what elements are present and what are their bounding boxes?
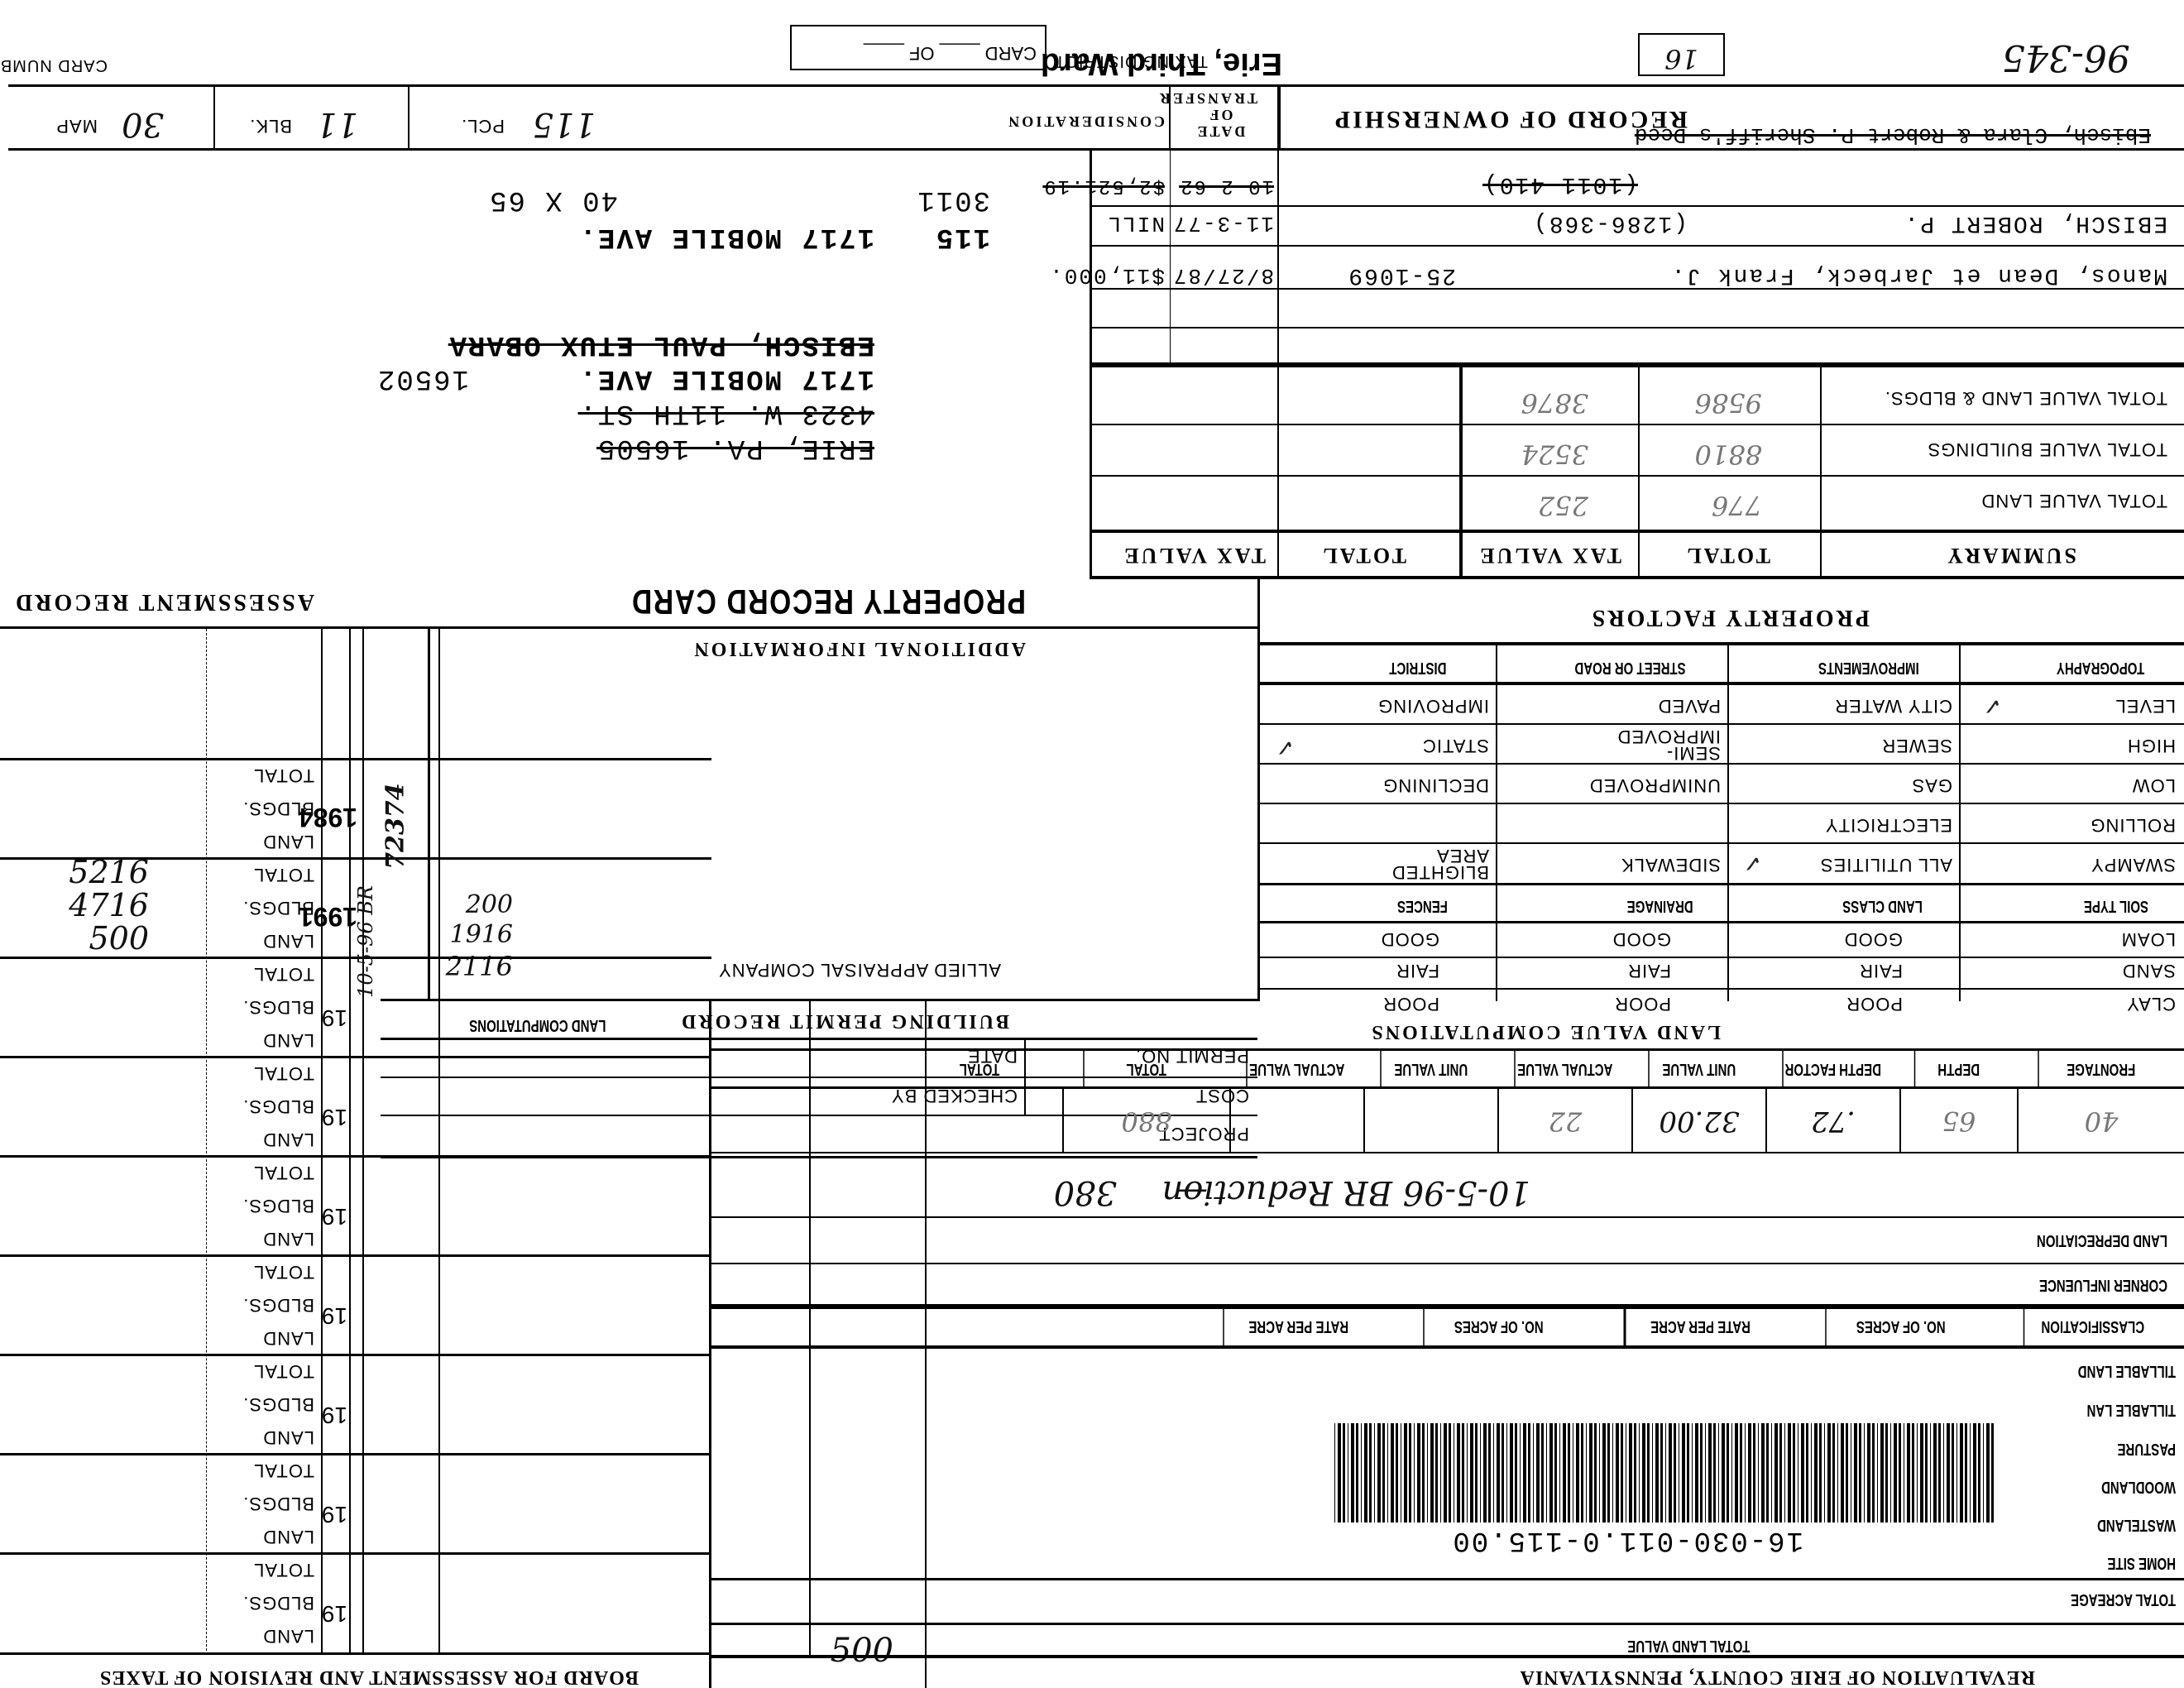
- assessment-1991-bldgs: 4716: [69, 887, 149, 923]
- map-field[interactable]: MAP 30: [8, 87, 215, 148]
- ownership-row-0: Ebisch, Clara & Robert P. Sheriff's Deed: [1274, 122, 2151, 147]
- additional-info-label: ADDITIONAL INFORMATION: [692, 637, 1026, 659]
- summary-row-total-tax: 3876: [1521, 387, 1588, 419]
- summary-row-land-total: 776: [1712, 490, 1762, 521]
- assessment-block-2[interactable]: 19 LAND BLDGS. TOTAL: [0, 1354, 711, 1453]
- ownership-row-3-date: 8/27/87: [1172, 263, 1274, 288]
- card-number-label: CARD NUMBER: [8, 56, 108, 74]
- assessment-blocks: 19 LAND BLDGS. TOTAL 19 LAND BLDGS. TOTA…: [0, 629, 711, 1652]
- ownership-row-2-consideration: NILL: [1107, 211, 1165, 236]
- parcel-id: 16-030-011.0-115.00: [1451, 1524, 1803, 1556]
- corner-influence-label: CORNER INFLUENCE: [2039, 1275, 2167, 1294]
- assessment-block-0[interactable]: 19 LAND BLDGS. TOTAL: [0, 1552, 711, 1652]
- assessment-record-label: ASSESSMENT RECORD: [13, 588, 314, 615]
- property-code: 3011: [916, 184, 990, 215]
- summary-row-bldgs-total: 8810: [1695, 439, 1762, 470]
- district-code-box: 16: [1638, 33, 1725, 76]
- ownership-row-3-name: Manos, Dean et Jarbeck, Frank J.: [1669, 262, 2167, 288]
- property-factors: PROPERTY FACTORS TOPOGRAPHY IMPROVEMENTS…: [1257, 579, 2184, 1001]
- assessment-stamp-number: 72374: [381, 783, 409, 869]
- assessment-block-1991[interactable]: 1991 LAND BLDGS. TOTAL 500 4716 5216 10-…: [0, 857, 711, 957]
- summary-row-total-total: 9586: [1695, 387, 1762, 419]
- owner-name-struck: EBISCH, PAUL ETUX OBARA: [448, 328, 874, 360]
- summary-table: SUMMARY TOTAL TAX VALUE TOTAL TAX VALUE …: [1092, 362, 2184, 579]
- board-title: BOARD FOR ASSESSMENT AND REVISION OF TAX…: [0, 1666, 711, 1688]
- total-land-value: 500: [831, 1632, 893, 1670]
- assessment-block-5[interactable]: 19 LAND BLDGS. TOTAL: [0, 1056, 711, 1155]
- ownership-row-1-date: 10-2-62: [1179, 175, 1274, 197]
- assessment-block-1[interactable]: 19 LAND BLDGS. TOTAL: [0, 1453, 711, 1552]
- assessment-block-4[interactable]: 19 LAND BLDGS. TOTAL: [0, 1155, 711, 1254]
- assessment-side-note: 10-5-96 BR: [354, 885, 377, 998]
- card-title: PROPERTY RECORD CARD: [630, 582, 1026, 621]
- assessment-1991-total: 5216: [69, 854, 149, 890]
- summary-row-land-tax: 252: [1538, 490, 1588, 521]
- mailing-address: 1717 MOBILE AVE.: [578, 362, 874, 394]
- classification-headers: CLASSIFICATION NO. OF ACRES RATE PER ACR…: [711, 1306, 2184, 1349]
- stamp-number: 96-345: [2002, 36, 2184, 79]
- land-value-section: LAND VALUE COMPUTATIONS FRONTAGE DEPTH D…: [711, 1001, 2184, 1688]
- property-record-card: CARD NUMBER CARD ____ OF ____ TAXING DIS…: [0, 0, 2184, 1688]
- check-level[interactable]: ✓: [1983, 693, 2002, 720]
- ownership-row-1-ref: (1011-410): [1482, 171, 1638, 197]
- blk-field[interactable]: BLK. 11: [215, 87, 409, 148]
- property-factors-title: PROPERTY FACTORS: [1590, 604, 1870, 631]
- assessment-1991-land: 500: [89, 920, 149, 957]
- summary-row-bldgs-label: TOTAL VALUE BUILDINGS: [1928, 439, 2167, 460]
- reduction-value: 380: [1054, 1173, 1117, 1211]
- check-static[interactable]: ✓: [1276, 734, 1295, 761]
- consideration-label: CONSIDERATION: [1006, 113, 1165, 130]
- land-depreciation-label: LAND DEPRECIATION: [2037, 1230, 2167, 1249]
- summary-title: SUMMARY: [1945, 543, 2076, 568]
- old-city-struck: ERIE, PA. 16505: [596, 432, 874, 463]
- mailing-zip: 16502: [376, 362, 469, 394]
- parcel-barcode: [1332, 1423, 1994, 1523]
- lot-dimensions: 40 X 65: [488, 184, 618, 215]
- pcl-field[interactable]: PCL. 115: [409, 87, 844, 148]
- total-land-value-label: TOTAL LAND VALUE: [1627, 1636, 1750, 1655]
- date-of-transfer-label: DATE OF TRANSFER: [1183, 90, 1257, 140]
- reduction-note: 10-5-96 BR Reduction: [1162, 1173, 1531, 1211]
- land-value-title: LAND VALUE COMPUTATIONS: [1369, 1020, 1721, 1043]
- property-address: 1717 MOBILE AVE.: [578, 221, 874, 252]
- summary-row-bldgs-tax: 3524: [1521, 439, 1588, 470]
- map-blk-pcl-row: MAP 30 BLK. 11 PCL. 115: [8, 84, 1092, 151]
- ownership-row-2-name: EBISCH, ROBERT P.: [1903, 210, 2167, 236]
- assessment-block-3[interactable]: 19 LAND BLDGS. TOTAL: [0, 1254, 711, 1354]
- title-band: PROPERTY RECORD CARD ASSESSMENT RECORD: [0, 579, 1257, 629]
- ownership-row-2-ref: (1286-368): [1532, 210, 1688, 236]
- taxing-district-value: Erie, Third Ward: [1041, 46, 1282, 81]
- parcel-number: 115: [935, 221, 990, 252]
- check-all-utilities[interactable]: ✓: [1743, 850, 1762, 877]
- summary-col-tax: TAX VALUE: [1478, 543, 1621, 568]
- assessment-block-1984[interactable]: 1984 LAND BLDGS. TOTAL 72374: [0, 758, 711, 857]
- ownership-row-3-ref: 25-1069: [1347, 262, 1456, 288]
- summary-col-total: TOTAL: [1684, 543, 1770, 568]
- reduction-dash: —: [1175, 1173, 1208, 1211]
- property-description: 3011 40 X 65 115 1717 MOBILE AVE. EBISCH…: [0, 151, 1092, 579]
- allied-label: ALLIED APPRAISAL COMPANY: [718, 959, 1001, 981]
- card-of-box[interactable]: CARD ____ OF ____: [790, 25, 1046, 70]
- land-value-row: 40 65 .72 32.00 22 880: [711, 1089, 2184, 1153]
- summary-row-total-label: TOTAL VALUE LAND & BLDGS.: [1885, 387, 2167, 409]
- ownership-row-2-date: 11-3-77: [1172, 211, 1274, 236]
- old-street-struck: 4323 W. 11TH ST.: [578, 397, 874, 429]
- summary-row-land-label: TOTAL VALUE LAND: [1981, 490, 2167, 511]
- revaluation-title: REVALUATION OF ERIE COUNTY, PENNSYLVANIA: [1520, 1666, 2035, 1688]
- land-value-headers: FRONTAGE DEPTH DEPTH FACTOR UNIT VALUE A…: [711, 1051, 2184, 1087]
